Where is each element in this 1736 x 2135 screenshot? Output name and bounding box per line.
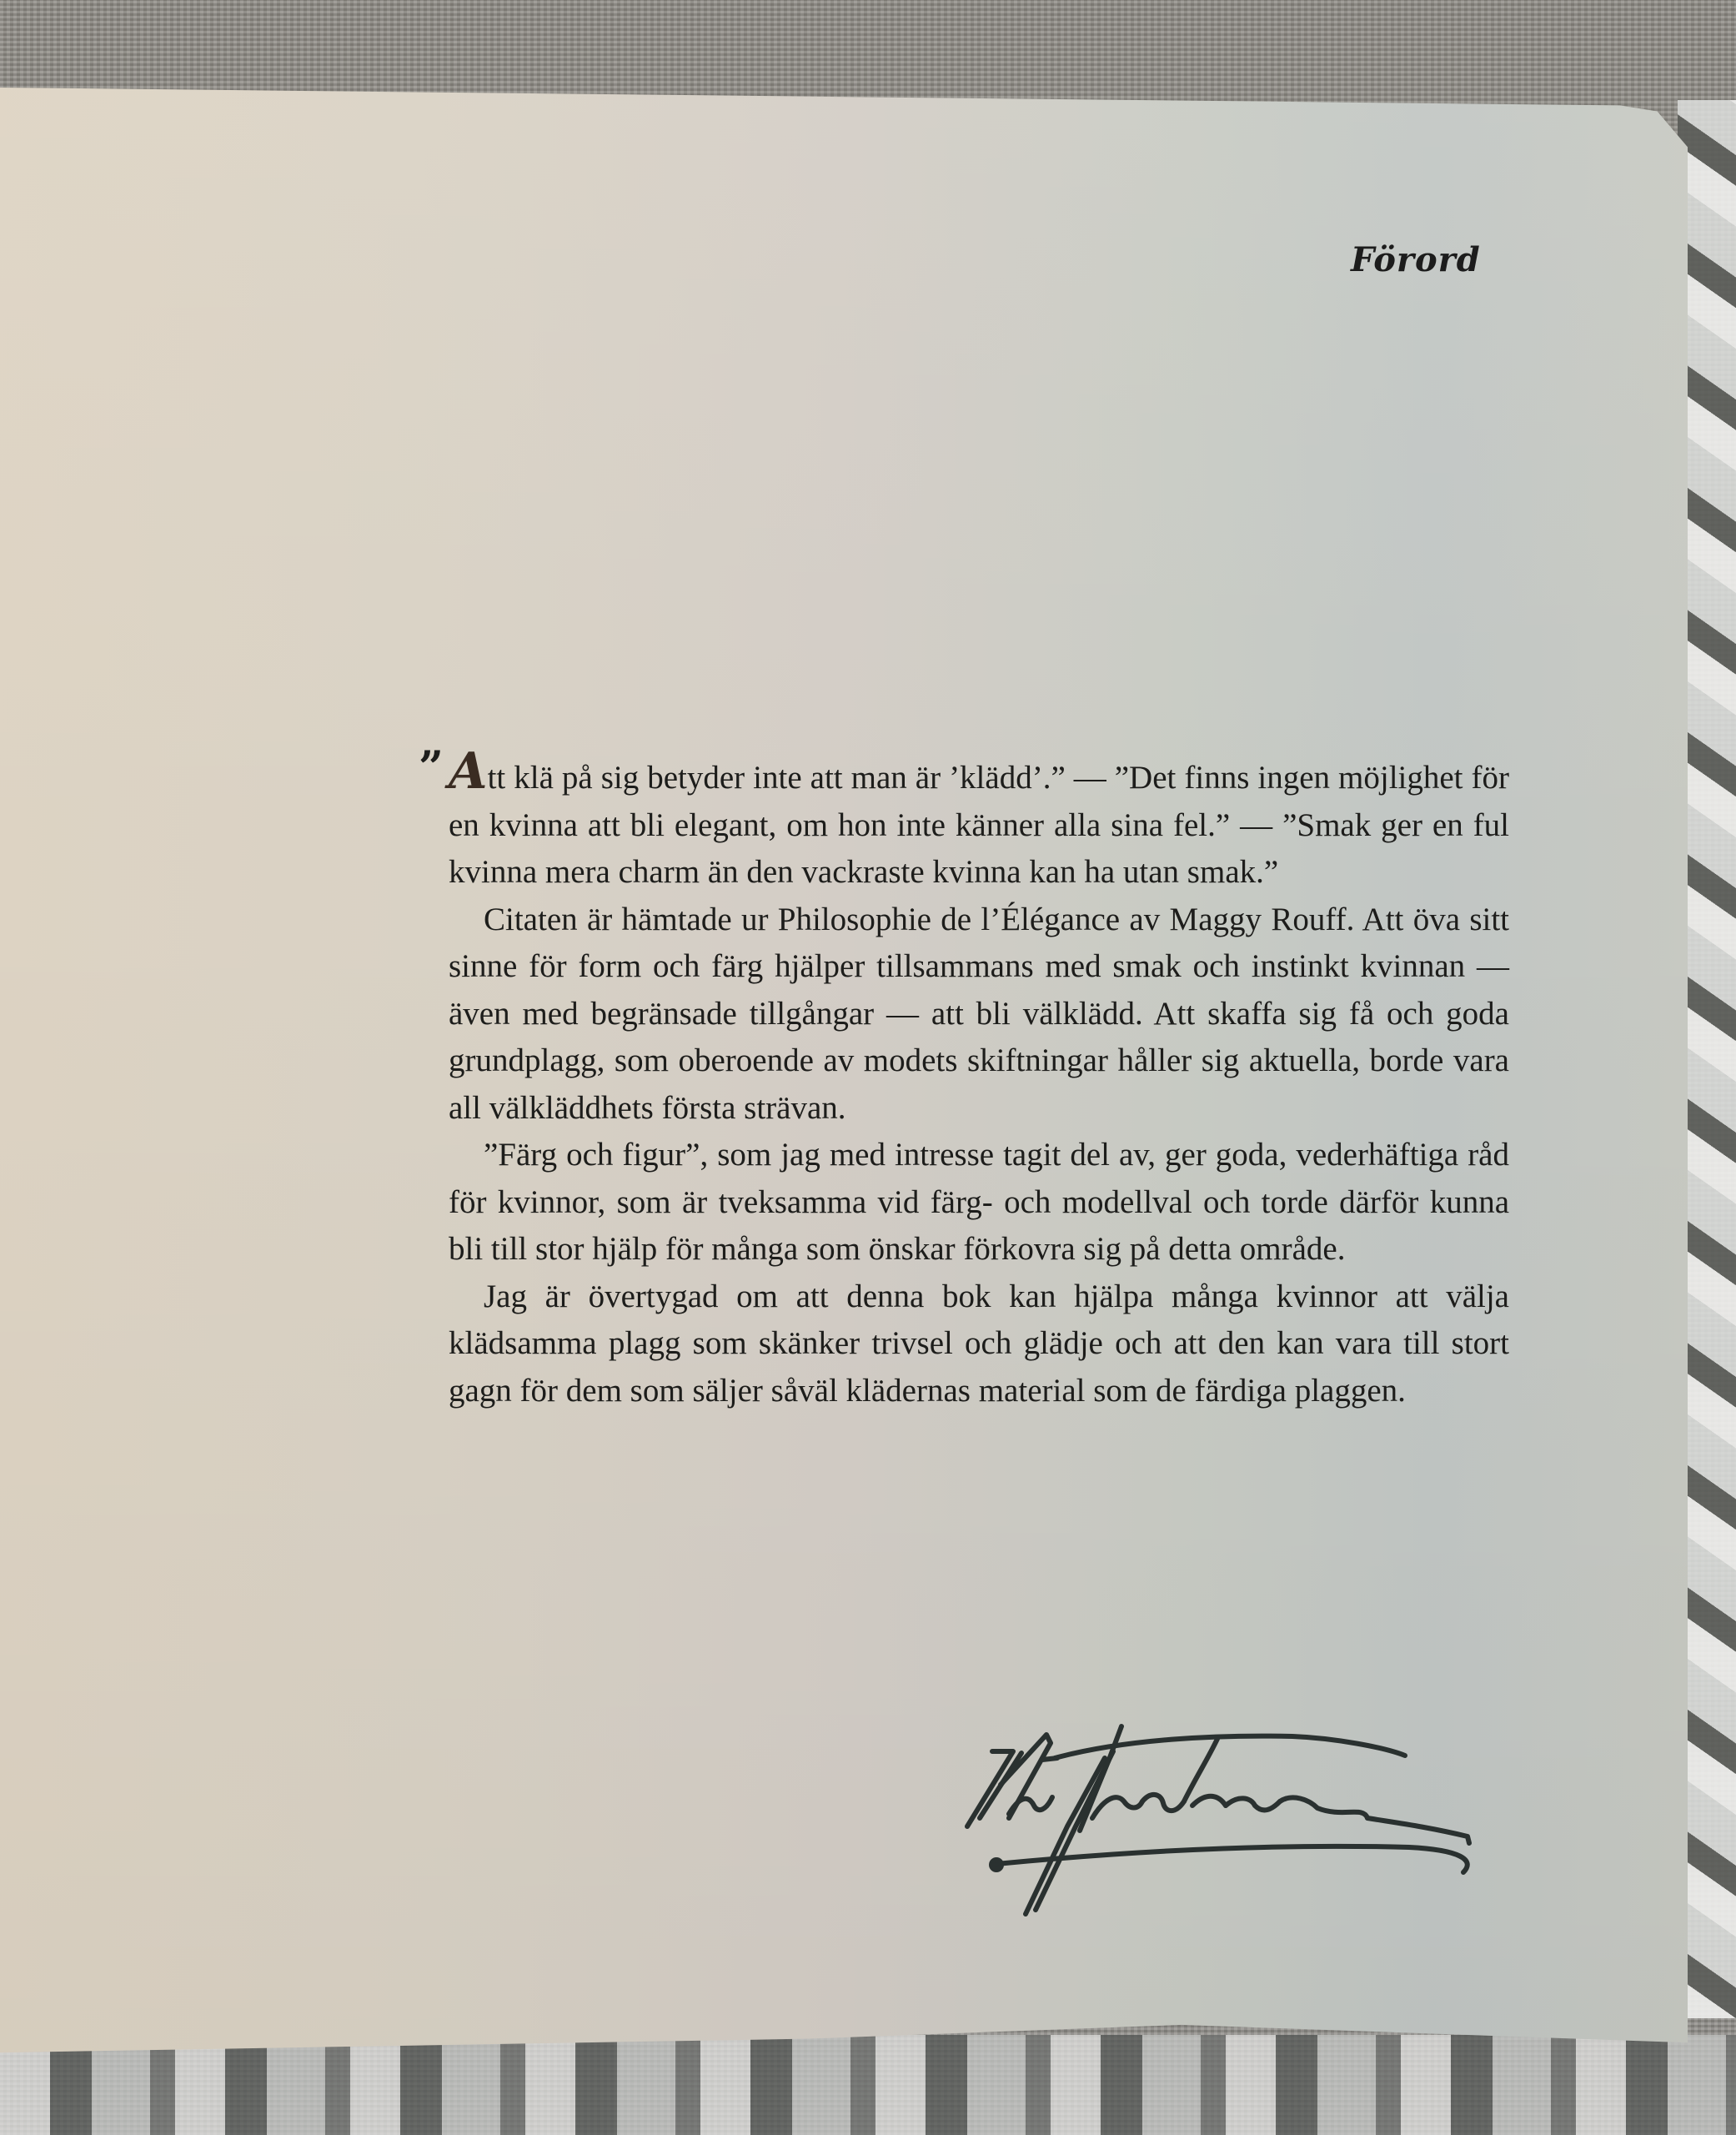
signature-icon (942, 1701, 1543, 1927)
paragraph-3: ”Färg och figur”, som jag med intresse t… (449, 1132, 1509, 1273)
drop-cap: A (449, 742, 488, 801)
paragraph-2: Citaten är hämtade ur Philosophie de l’É… (449, 897, 1509, 1133)
foreword-text: ” Att klä på sig betyder inte att man är… (449, 755, 1509, 1414)
paragraph-4: Jag är övertygad om att denna bok kan hj… (449, 1273, 1509, 1415)
opening-quote-mark: ” (419, 746, 444, 790)
paragraph-1-text: tt klä på sig betyder inte att man är ’k… (449, 760, 1509, 890)
tablecloth-background-bottom (0, 2035, 1736, 2135)
page-heading: Förord (1351, 240, 1481, 279)
paragraph-1: Att klä på sig betyder inte att man är ’… (449, 755, 1509, 897)
